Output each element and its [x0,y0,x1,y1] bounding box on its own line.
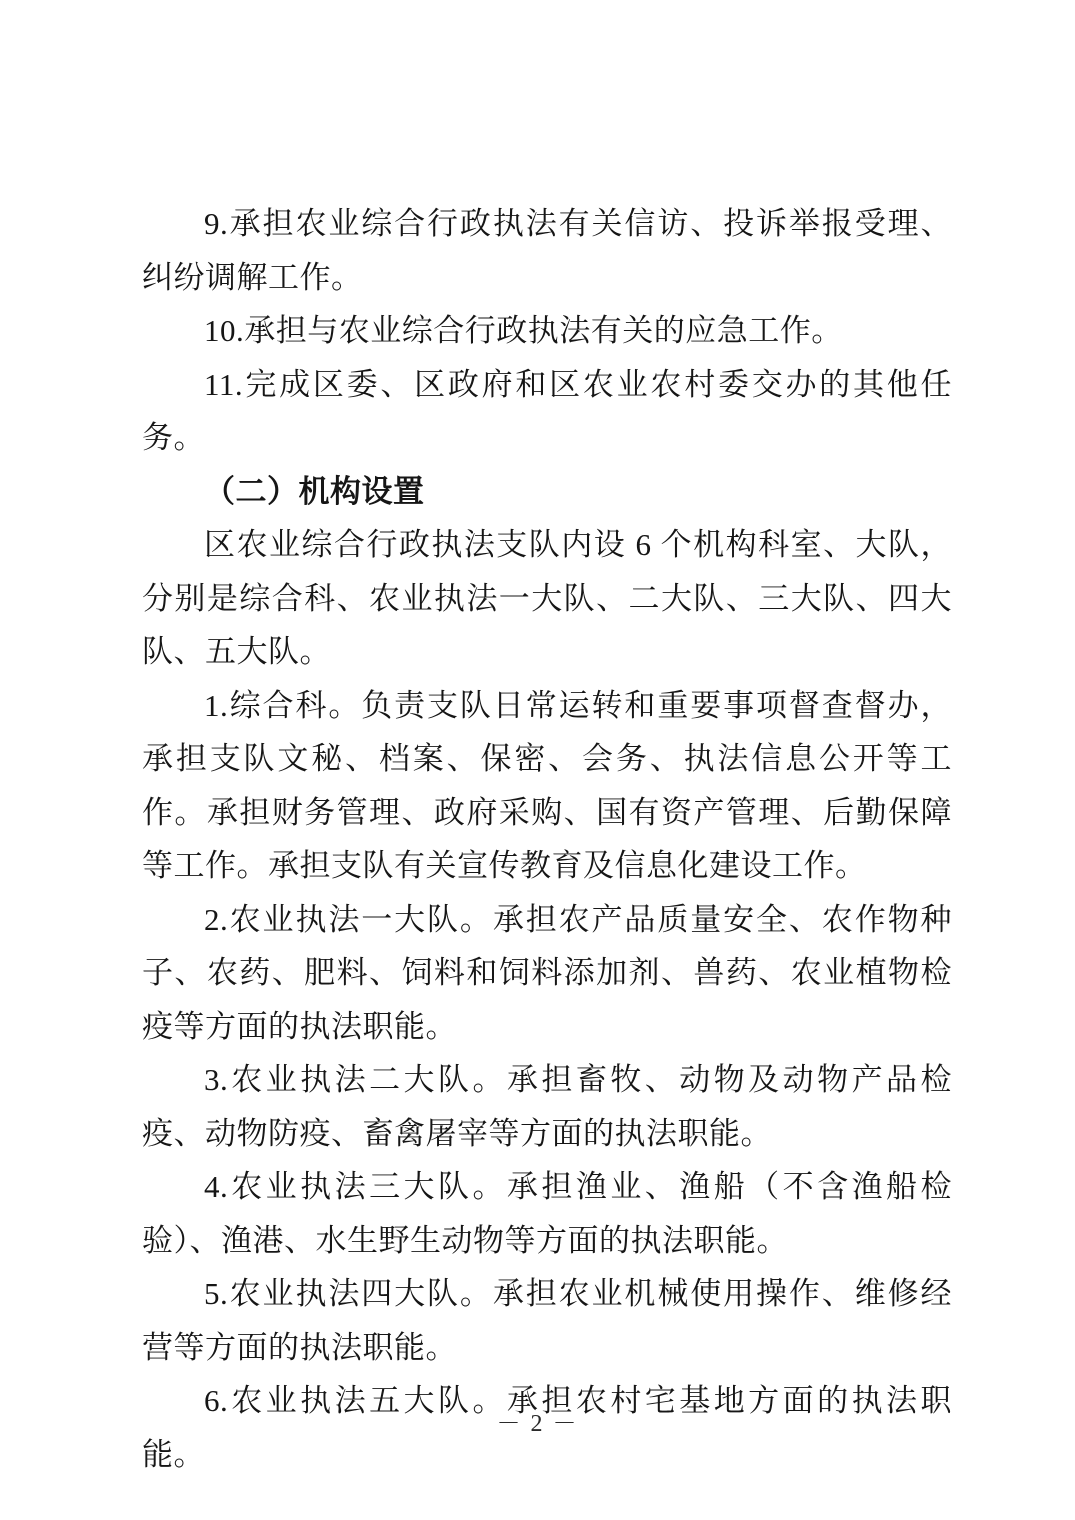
paragraph-duty-10: 10.承担与农业综合行政执法有关的应急工作。 [142,304,952,358]
paragraph-dept-2: 2.农业执法一大队。承担农产品质量安全、农作物种子、农药、肥料、饲料和饲料添加剂… [142,893,952,1054]
document-page: 9.承担农业综合行政执法有关信访、投诉举报受理、纠纷调解工作。 10.承担与农业… [0,0,1075,1520]
paragraph-dept-4: 4.农业执法三大队。承担渔业、渔船（不含渔船检验）、渔港、水生野生动物等方面的执… [142,1160,952,1267]
paragraph-dept-1: 1.综合科。负责支队日常运转和重要事项督查督办，承担支队文秘、档案、保密、会务、… [142,679,952,893]
section-heading-2: （二）机构设置 [142,465,952,519]
paragraph-org-overview: 区农业综合行政执法支队内设 6 个机构科室、大队，分别是综合科、农业执法一大队、… [142,518,952,679]
paragraph-duty-9: 9.承担农业综合行政执法有关信访、投诉举报受理、纠纷调解工作。 [142,197,952,304]
paragraph-dept-3: 3.农业执法二大队。承担畜牧、动物及动物产品检疫、动物防疫、畜禽屠宰等方面的执法… [142,1053,952,1160]
paragraph-duty-11: 11.完成区委、区政府和区农业农村委交办的其他任务。 [142,358,952,465]
page-number: － 2 － [0,1408,1075,1440]
document-body: 9.承担农业综合行政执法有关信访、投诉举报受理、纠纷调解工作。 10.承担与农业… [142,197,952,1481]
paragraph-dept-5: 5.农业执法四大队。承担农业机械使用操作、维修经营等方面的执法职能。 [142,1267,952,1374]
